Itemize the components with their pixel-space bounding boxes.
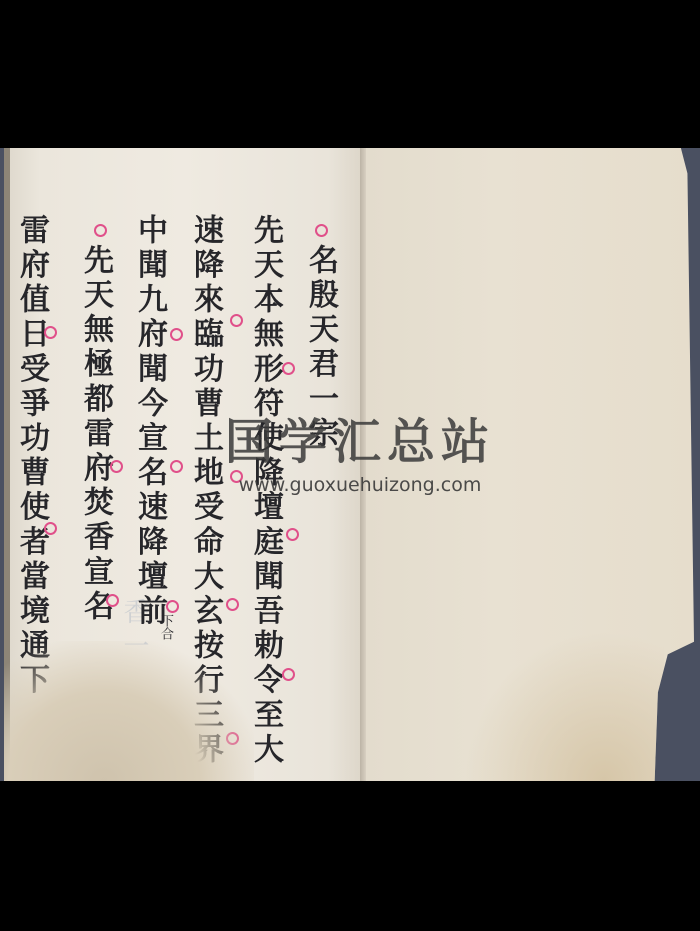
watermark-url: www.guoxuehuizong.com [220, 474, 500, 496]
red-circle-mark [230, 314, 243, 327]
red-circle-mark [44, 326, 57, 339]
text-column-4: 中聞九府聞今宣名速降壇前 [134, 214, 164, 629]
red-circle-mark [110, 460, 123, 473]
annotation-note: 下合 [156, 614, 175, 640]
red-circle-mark [170, 460, 183, 473]
text-column-6: 雷府值日受爭功曹使者當境通下 [16, 214, 46, 698]
red-circle-mark [286, 528, 299, 541]
red-circle-mark [282, 362, 295, 375]
text-column-3: 速降來臨功曹土地受命大玄按行三界 [190, 214, 220, 768]
red-circle-mark [226, 598, 239, 611]
watermark: 国学汇总站 www.guoxuehuizong.com [220, 418, 500, 496]
red-circle-mark [106, 594, 119, 607]
red-circle-mark [94, 224, 107, 237]
red-circle-mark [226, 732, 239, 745]
red-circle-mark [282, 668, 295, 681]
red-circle-mark [44, 522, 57, 535]
red-circle-mark [315, 224, 328, 237]
bleed-through-text: 訣 [116, 708, 153, 742]
text-column-5: 先天無極都雷府焚香宣名 [80, 244, 110, 625]
red-circle-mark [170, 328, 183, 341]
watermark-title: 国学汇总站 [220, 418, 500, 466]
red-circle-mark [166, 600, 179, 613]
page-edge [4, 148, 10, 781]
